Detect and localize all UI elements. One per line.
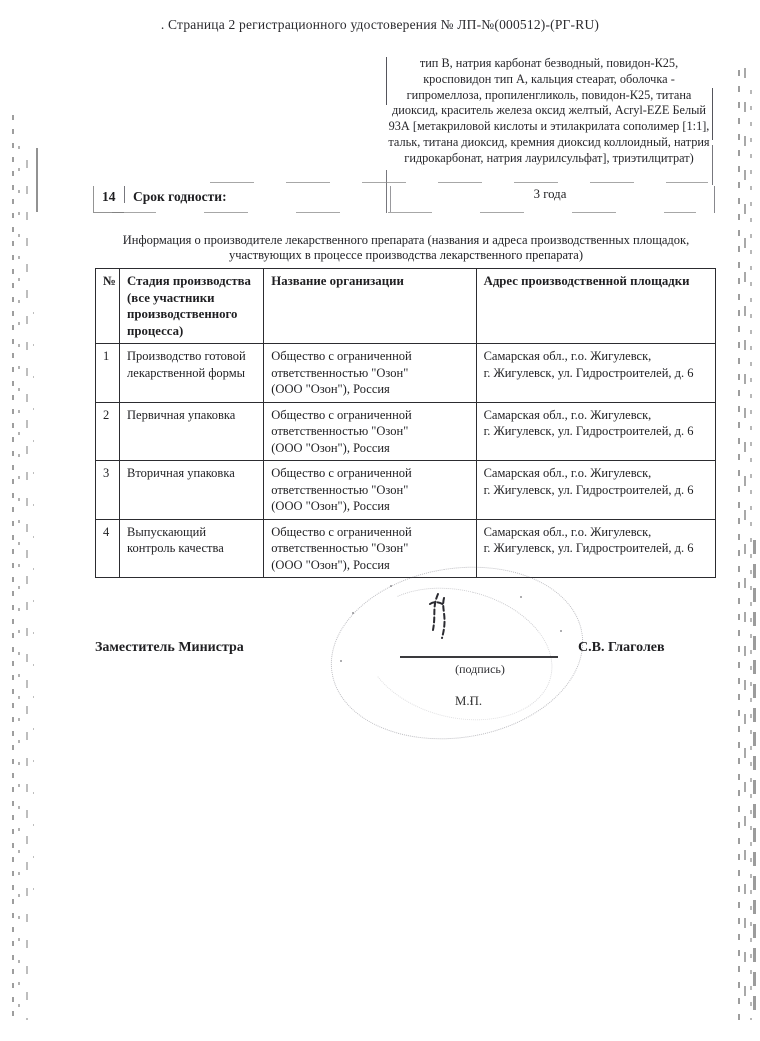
header-cell-address: Адрес производственной площадки [476,269,715,344]
cell-organization: Общество с ограниченной ответственностью… [264,402,476,461]
scan-noise-left [33,300,34,900]
faded-rule [210,182,708,183]
scan-noise-right [753,540,756,1020]
table-border-fragment [390,186,391,212]
scan-noise-right [738,70,740,1020]
cell-address: Самарская обл., г.о. Жигулевск, г. Жигул… [476,402,715,461]
cell-num: 3 [96,461,120,520]
table-body: 1Производство готовой лекарственной форм… [96,344,716,578]
cell-num: 1 [96,344,120,403]
cell-num: 4 [96,519,120,578]
table-border-fragment [712,145,713,185]
cell-num: 2 [96,402,120,461]
table-row: 4Выпускающий контроль качестваОбщество с… [96,519,716,578]
stamp-speck [352,612,354,614]
signatory-name: С.В. Глаголев [578,640,665,656]
cell-organization: Общество с ограниченной ответственностью… [264,461,476,520]
document-page: . Страница 2 регистрационного удостовере… [0,0,760,1041]
scan-noise-left [26,160,28,1020]
stamp-speck [340,660,342,662]
cell-address: Самарская обл., г.о. Жигулевск, г. Жигул… [476,344,715,403]
table-border-fragment [386,170,387,213]
stamp-speck [520,596,522,598]
faded-rule [98,212,696,213]
table-row: 3Вторичная упаковкаОбщество с ограниченн… [96,461,716,520]
signature-caption: (подпись) [418,662,542,677]
header-cell-stage: Стадия производства (все участники произ… [120,269,264,344]
table-border-fragment [386,57,387,105]
composition-text: тип В, натрия карбонат безводный, повидо… [385,56,713,167]
scan-noise-right [750,90,752,1020]
table-row: 2Первичная упаковкаОбщество с ограниченн… [96,402,716,461]
table-border-fragment [714,186,715,213]
shelf-life-value: 3 года [400,187,700,202]
signature-scribble [408,590,478,660]
cell-stage: Производство готовой лекарственной формы [120,344,264,403]
stamp-speck [560,630,562,632]
table-row: 1Производство готовой лекарственной форм… [96,344,716,403]
table-header-row: № Стадия производства (все участники про… [96,269,716,344]
cell-address: Самарская обл., г.о. Жигулевск, г. Жигул… [476,519,715,578]
table-border-fragment [124,186,125,203]
manufacturer-info-heading: Информация о производителе лекарственног… [95,233,717,263]
cell-stage: Вторичная упаковка [120,461,264,520]
cell-stage: Выпускающий контроль качества [120,519,264,578]
scan-noise-left [12,115,14,1020]
seal-mark: М.П. [455,694,482,709]
table-border-fragment [712,88,713,140]
scan-noise-left [36,148,38,212]
scan-noise-right [744,60,746,1020]
signatory-title: Заместитель Министра [95,640,244,656]
scan-noise-left [18,140,20,1020]
production-table: № Стадия производства (все участники про… [95,268,716,578]
cell-organization: Общество с ограниченной ответственностью… [264,344,476,403]
stamp-speck [390,585,392,587]
shelf-life-row-number: 14 [102,189,116,205]
shelf-life-label: Срок годности: [133,189,227,205]
cell-address: Самарская обл., г.о. Жигулевск, г. Жигул… [476,461,715,520]
header-cell-organization: Название организации [264,269,476,344]
signature-line [400,656,558,658]
page-title: . Страница 2 регистрационного удостовере… [120,17,640,33]
cell-stage: Первичная упаковка [120,402,264,461]
header-cell-num: № [96,269,120,344]
